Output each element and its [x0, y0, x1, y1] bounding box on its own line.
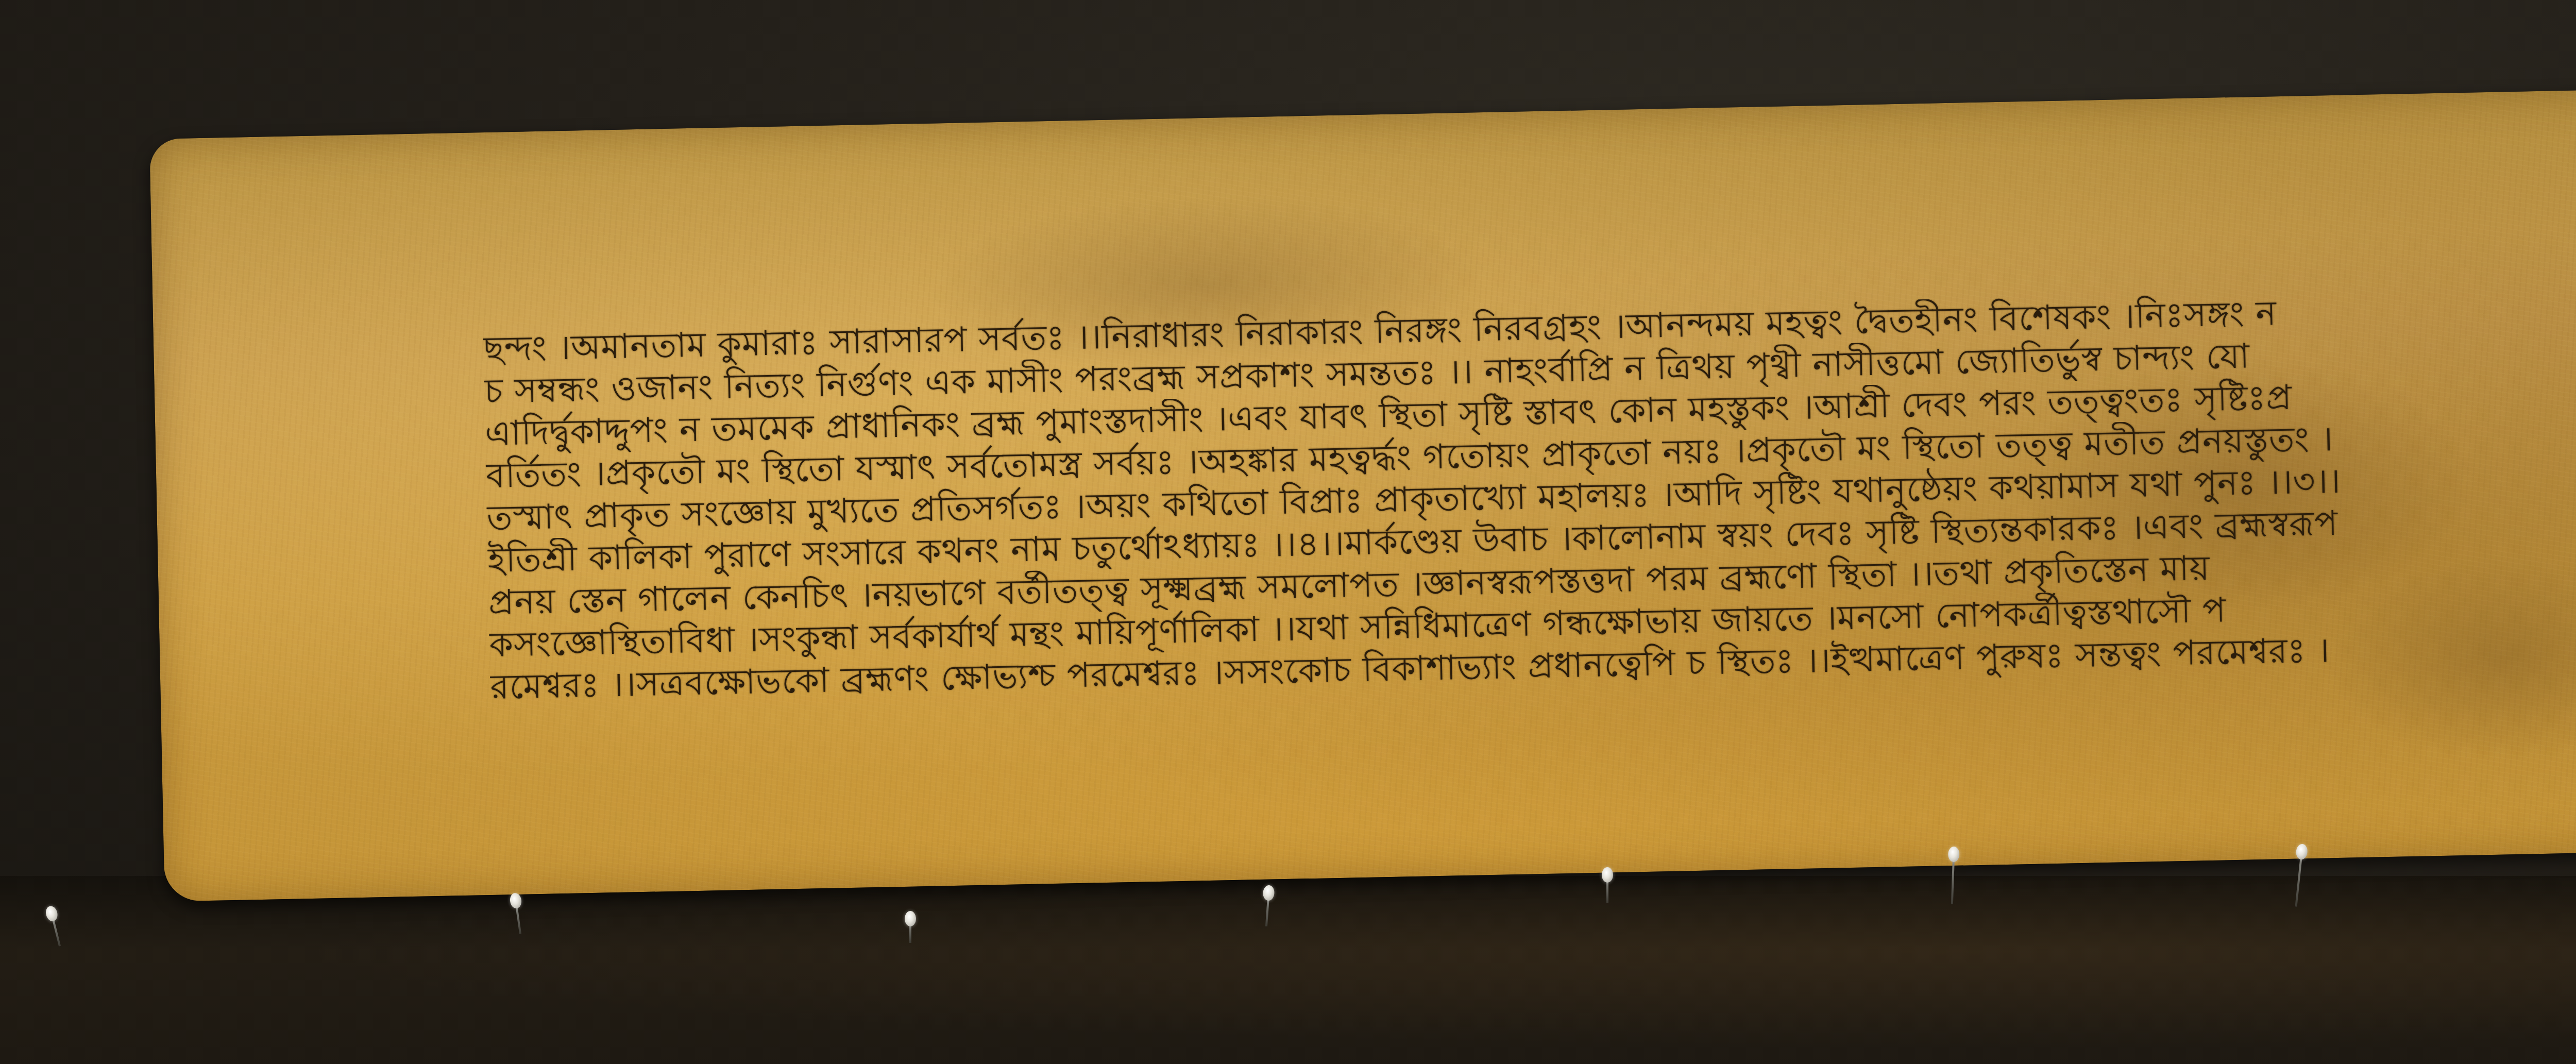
- felt-background-lower: [0, 876, 2576, 1064]
- pin-head: [905, 911, 916, 926]
- pin-head: [1602, 867, 1613, 883]
- manuscript-folio: ছন্দং ।অমানতাম কুমারাঃ সারাসারপ সর্বতঃ ।…: [149, 81, 2576, 902]
- pin-icon: [1606, 879, 1608, 903]
- pin-icon: [909, 922, 911, 943]
- photo-scene: ছন্দং ।অমানতাম কুমারাঃ সারাসারপ সর্বতঃ ।…: [0, 0, 2576, 1064]
- manuscript-text-block: ছন্দং ।অমানতাম কুমারাঃ সারাসারপ সর্বতঃ ।…: [483, 282, 2576, 708]
